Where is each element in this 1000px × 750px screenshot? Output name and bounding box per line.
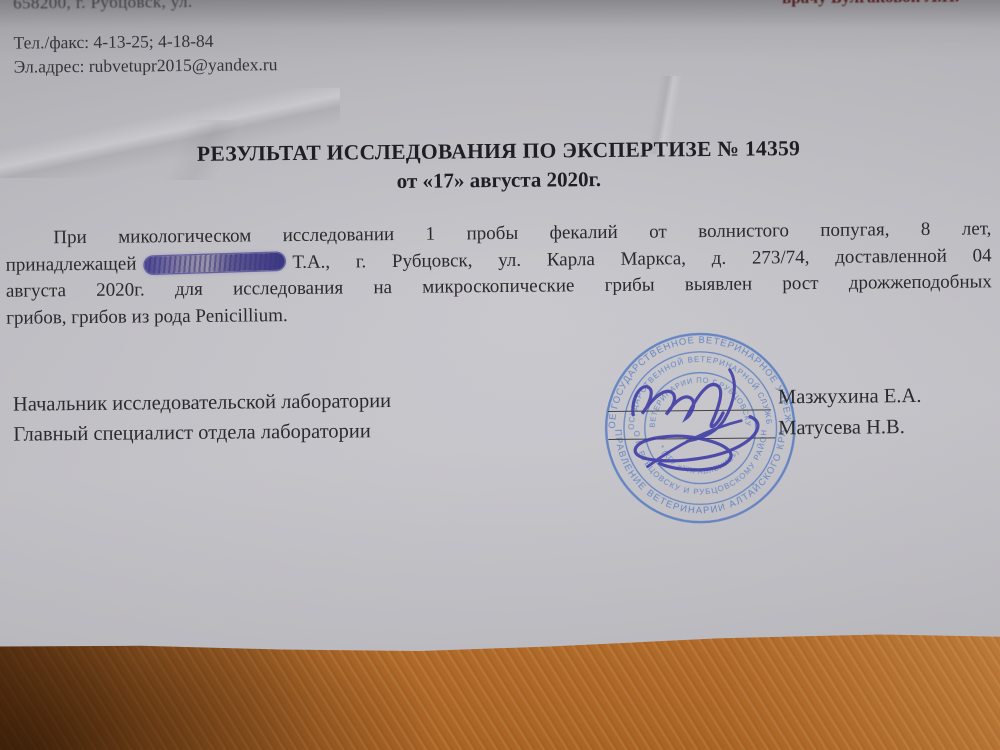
title-expertise-number: РЕЗУЛЬТАТ ИССЛЕДОВАНИЯ ПО ЭКСПЕРТИЗЕ № 1… (0, 134, 999, 169)
redacted-name-scribble (144, 252, 284, 273)
body-line-post: Т.А., г. Рубцовск, ул. Карла Маркса, д. … (292, 245, 991, 273)
document-title: РЕЗУЛЬТАТ ИССЛЕДОВАНИЯ ПО ЭКСПЕРТИЗЕ № 1… (0, 134, 999, 198)
title-date: от «17» августа 2020г. (0, 163, 999, 198)
header-phone: Тел./факс: 4-13-25; 4-18-84 (13, 31, 213, 54)
signature-title-head-of-lab: Начальник исследовательской лаборатории (13, 387, 391, 420)
body-paragraph: При микологическом исследовании 1 пробы … (5, 216, 992, 331)
header-address-clipped: 658200, г. Рубцовск, ул. (13, 0, 193, 14)
signature-titles: Начальник исследовательской лаборатории … (13, 387, 392, 450)
body-line-pre: принадлежащей (6, 253, 137, 275)
document-photo: 658200, г. Рубцовск, ул. Тел./факс: 4-13… (0, 0, 1000, 750)
handwritten-signatures-ink (589, 363, 810, 485)
signature-title-chief-specialist: Главный специалист отдела лаборатории (13, 417, 391, 450)
header-email: Эл.адрес: rubvetupr2015@yandex.ru (14, 54, 278, 78)
header-recipient-clipped: врачу Булгаковой Л.Н. (782, 0, 959, 8)
